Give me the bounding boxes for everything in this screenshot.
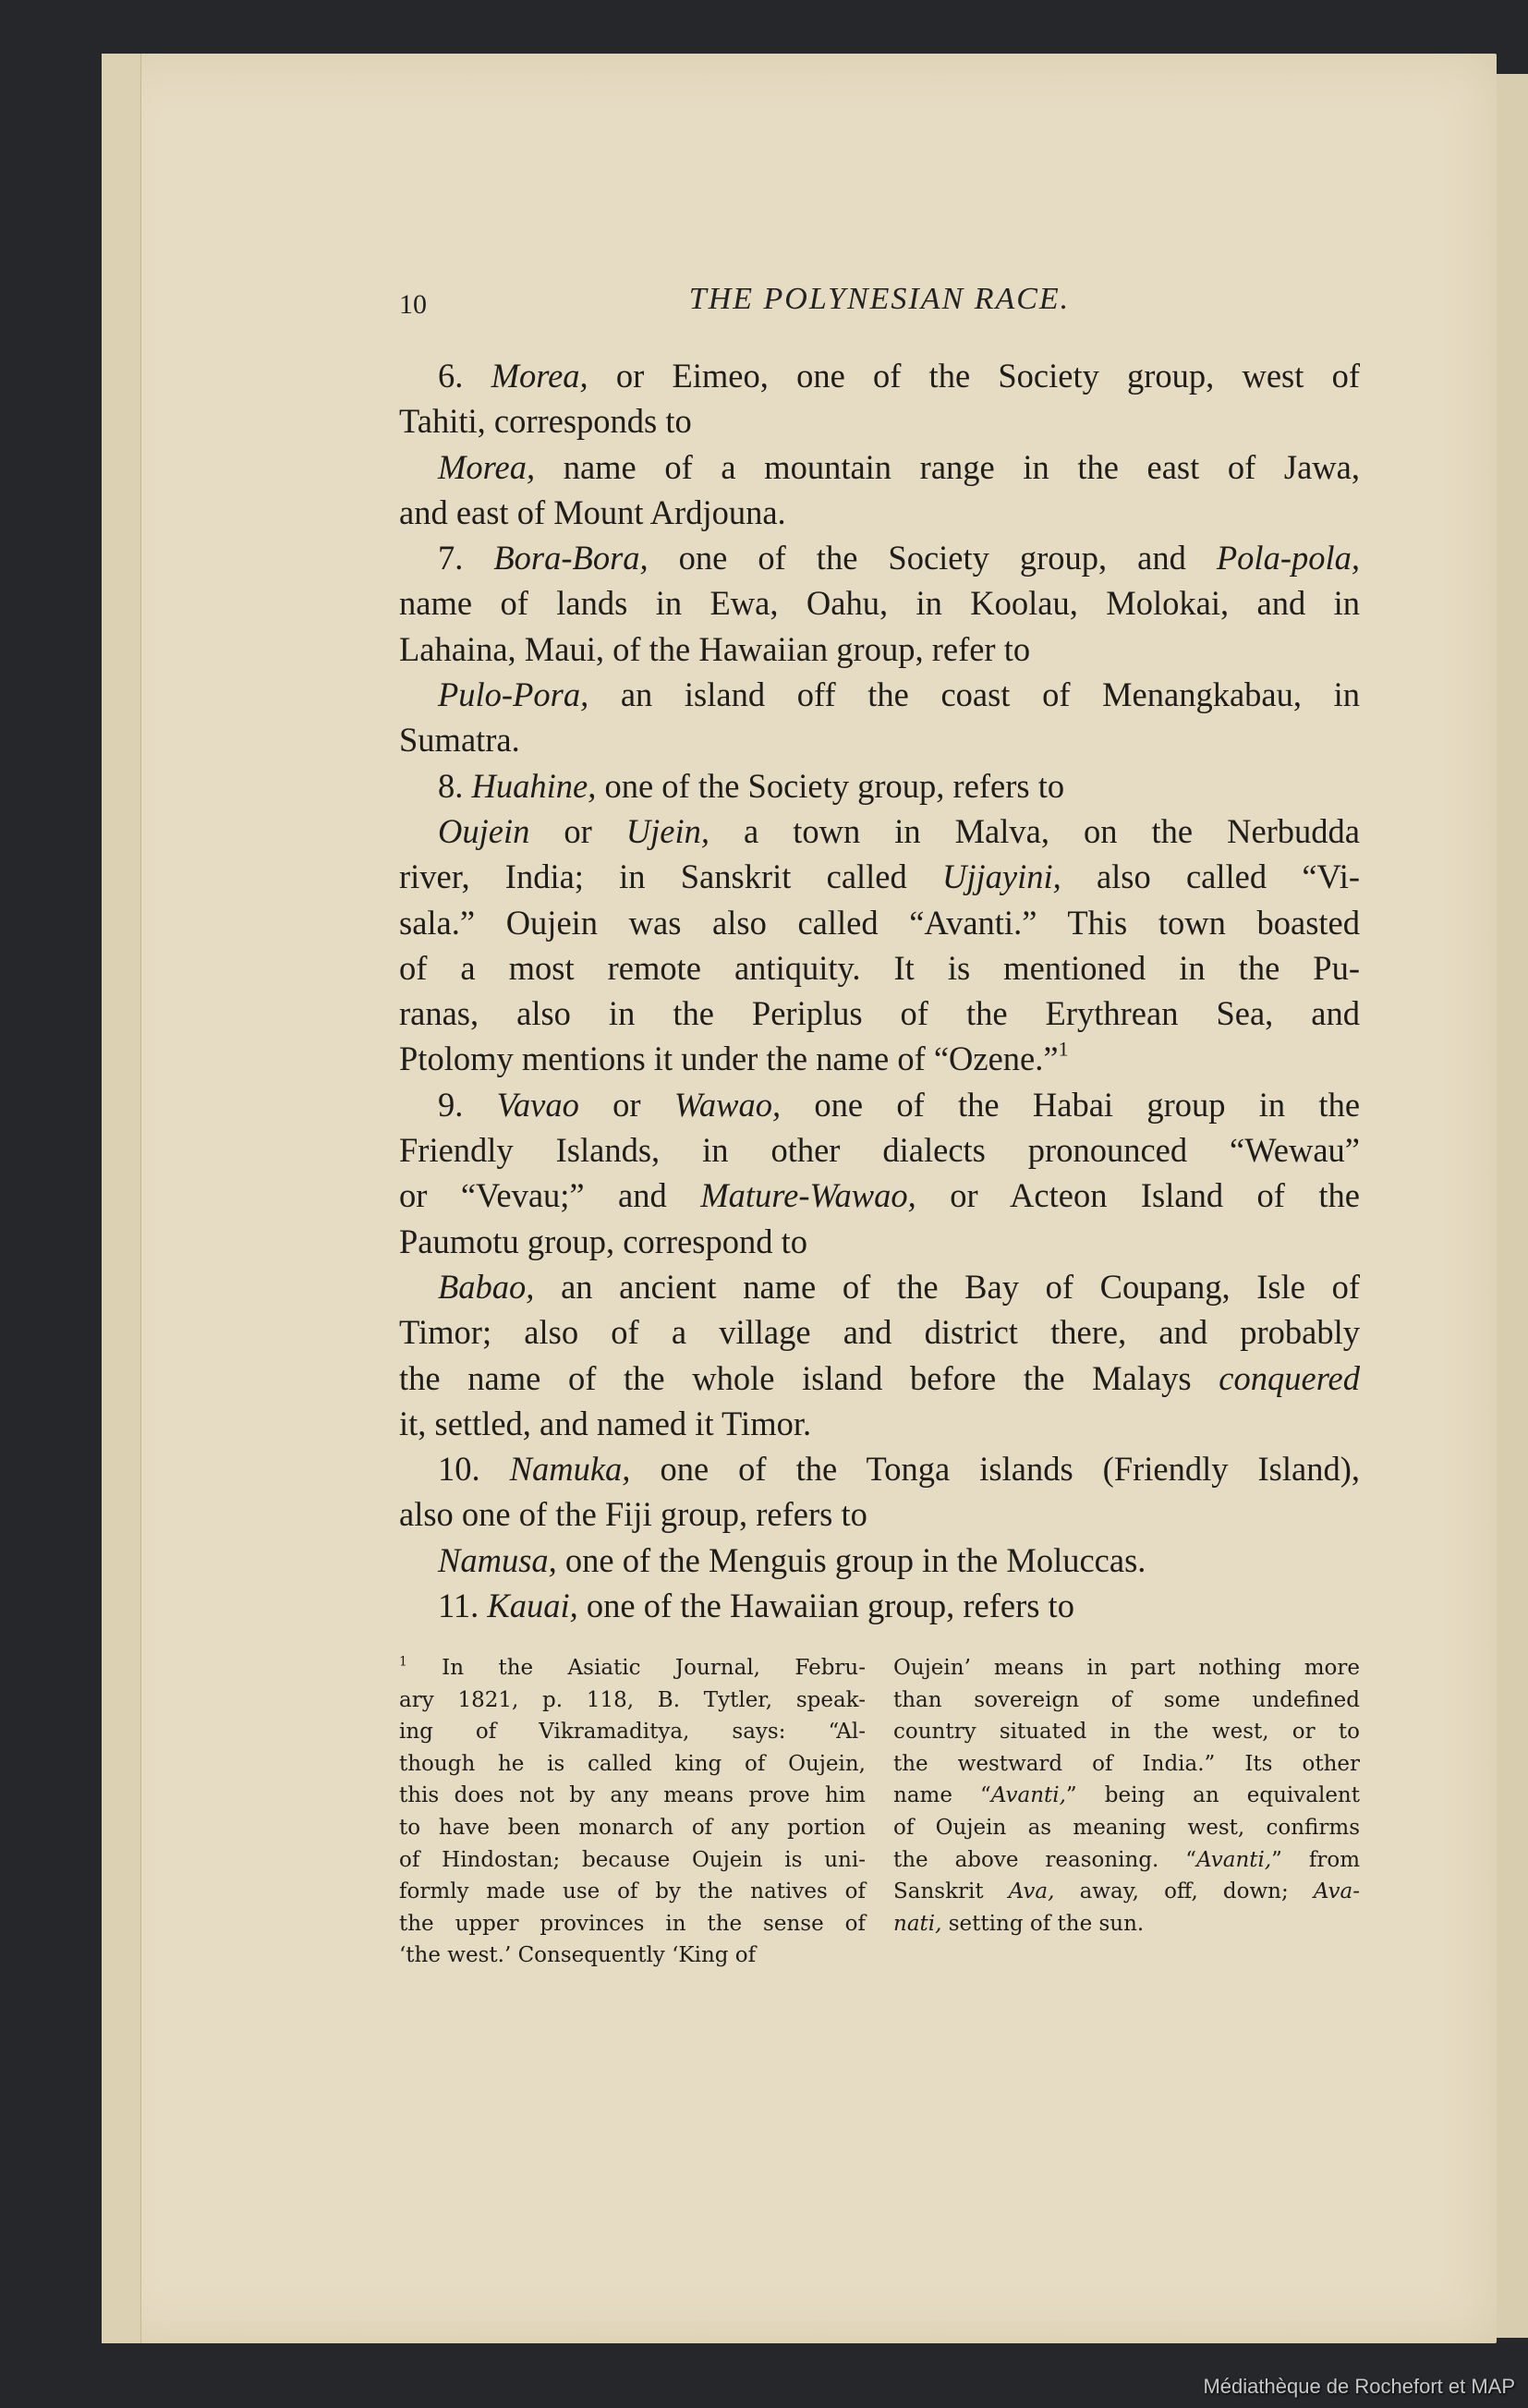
text-line: and east of Mount Ardjouna.	[399, 490, 1360, 535]
text-line: Ptolomy mentions it under the name of “O…	[399, 1036, 1360, 1081]
text-line: 11. Kauai, one of the Hawaiian group, re…	[399, 1583, 1360, 1628]
text-line: Pulo-Pora, an island off the coast of Me…	[399, 672, 1360, 717]
running-title: THE POLYNESIAN RACE.	[399, 282, 1360, 317]
text-line: name of lands in Ewa, Oahu, in Koolau, M…	[399, 580, 1360, 626]
text-line: 6. Morea, or Eimeo, one of the Society g…	[399, 353, 1360, 398]
footnote-line: of Oujein as meaning west, confirms	[893, 1812, 1360, 1844]
page-gutter-strip	[102, 54, 141, 2343]
footnote-column-right: Oujein’ means in part nothing morethan s…	[893, 1652, 1360, 1940]
text-line: Sumatra.	[399, 717, 1360, 762]
footnote-line: the above reasoning. “Avanti,” from	[893, 1844, 1360, 1877]
footnote-line: though he is called king of Oujein,	[399, 1748, 866, 1781]
footnote-line: country situated in the west, or to	[893, 1716, 1360, 1748]
text-line: sala.” Oujein was also called “Avanti.” …	[399, 900, 1360, 945]
footnote-line: ‘the west.’ Consequently ‘King of	[399, 1940, 866, 1972]
text-line: Timor; also of a village and district th…	[399, 1309, 1360, 1355]
text-line: 10. Namuka, one of the Tonga islands (Fr…	[399, 1446, 1360, 1491]
text-line: 9. Vavao or Wawao, one of the Habai grou…	[399, 1082, 1360, 1127]
text-line: Paumotu group, correspond to	[399, 1219, 1360, 1264]
footnote-line: Oujein’ means in part nothing more	[893, 1652, 1360, 1684]
footnote-line: formly made use of by the natives of	[399, 1876, 866, 1908]
footnote-line: to have been monarch of any portion	[399, 1812, 866, 1844]
footnote-line: than sovereign of some undefined	[893, 1684, 1360, 1717]
text-line: Namusa, one of the Menguis group in the …	[399, 1538, 1360, 1583]
text-line: it, settled, and named it Timor.	[399, 1401, 1360, 1446]
page-header: 10 THE POLYNESIAN RACE.	[399, 282, 1360, 328]
text-line: also one of the Fiji group, refers to	[399, 1491, 1360, 1537]
footnote-column-left: 1 In the Asiatic Journal, Febru-ary 1821…	[399, 1652, 866, 1972]
text-line: ranas, also in the Periplus of the Eryth…	[399, 991, 1360, 1036]
footnote-line: ary 1821, p. 118, B. Tytler, speak-	[399, 1684, 866, 1717]
footnote-line: ing of Vikramaditya, says: “Al-	[399, 1716, 866, 1748]
footnote-line: the upper provinces in the sense of	[399, 1908, 866, 1940]
footnote-line: this does not by any means prove him	[399, 1780, 866, 1812]
body-text: 6. Morea, or Eimeo, one of the Society g…	[399, 353, 1360, 1628]
text-line: of a most remote antiquity. It is mentio…	[399, 945, 1360, 991]
footnote-line: nati, setting of the sun.	[893, 1908, 1360, 1940]
adjacent-page-edge	[1497, 74, 1528, 2338]
footnote-line: 1 In the Asiatic Journal, Febru-	[399, 1652, 866, 1684]
footnote-line: name “Avanti,” being an equivalent	[893, 1780, 1360, 1812]
text-line: Lahaina, Maui, of the Hawaiian group, re…	[399, 626, 1360, 672]
text-line: river, India; in Sanskrit called Ujjayin…	[399, 854, 1360, 899]
text-line: 7. Bora-Bora, one of the Society group, …	[399, 535, 1360, 580]
footnote-line: the westward of India.” Its other	[893, 1748, 1360, 1781]
footnote-line: of Hindostan; because Oujein is uni-	[399, 1844, 866, 1877]
text-line: or “Vevau;” and Mature-Wawao, or Acteon …	[399, 1173, 1360, 1218]
text-line: Oujein or Ujein, a town in Malva, on the…	[399, 809, 1360, 854]
text-line: the name of the whole island before the …	[399, 1356, 1360, 1401]
text-line: Morea, name of a mountain range in the e…	[399, 444, 1360, 490]
watermark: Médiathèque de Rochefort et MAP	[1203, 2375, 1515, 2399]
text-line: Babao, an ancient name of the Bay of Cou…	[399, 1264, 1360, 1309]
text-line: Friendly Islands, in other dialects pron…	[399, 1127, 1360, 1173]
text-line: 8. Huahine, one of the Society group, re…	[399, 763, 1360, 809]
footnote-line: Sanskrit Ava, away, off, down; Ava-	[893, 1876, 1360, 1908]
text-line: Tahiti, corresponds to	[399, 398, 1360, 444]
